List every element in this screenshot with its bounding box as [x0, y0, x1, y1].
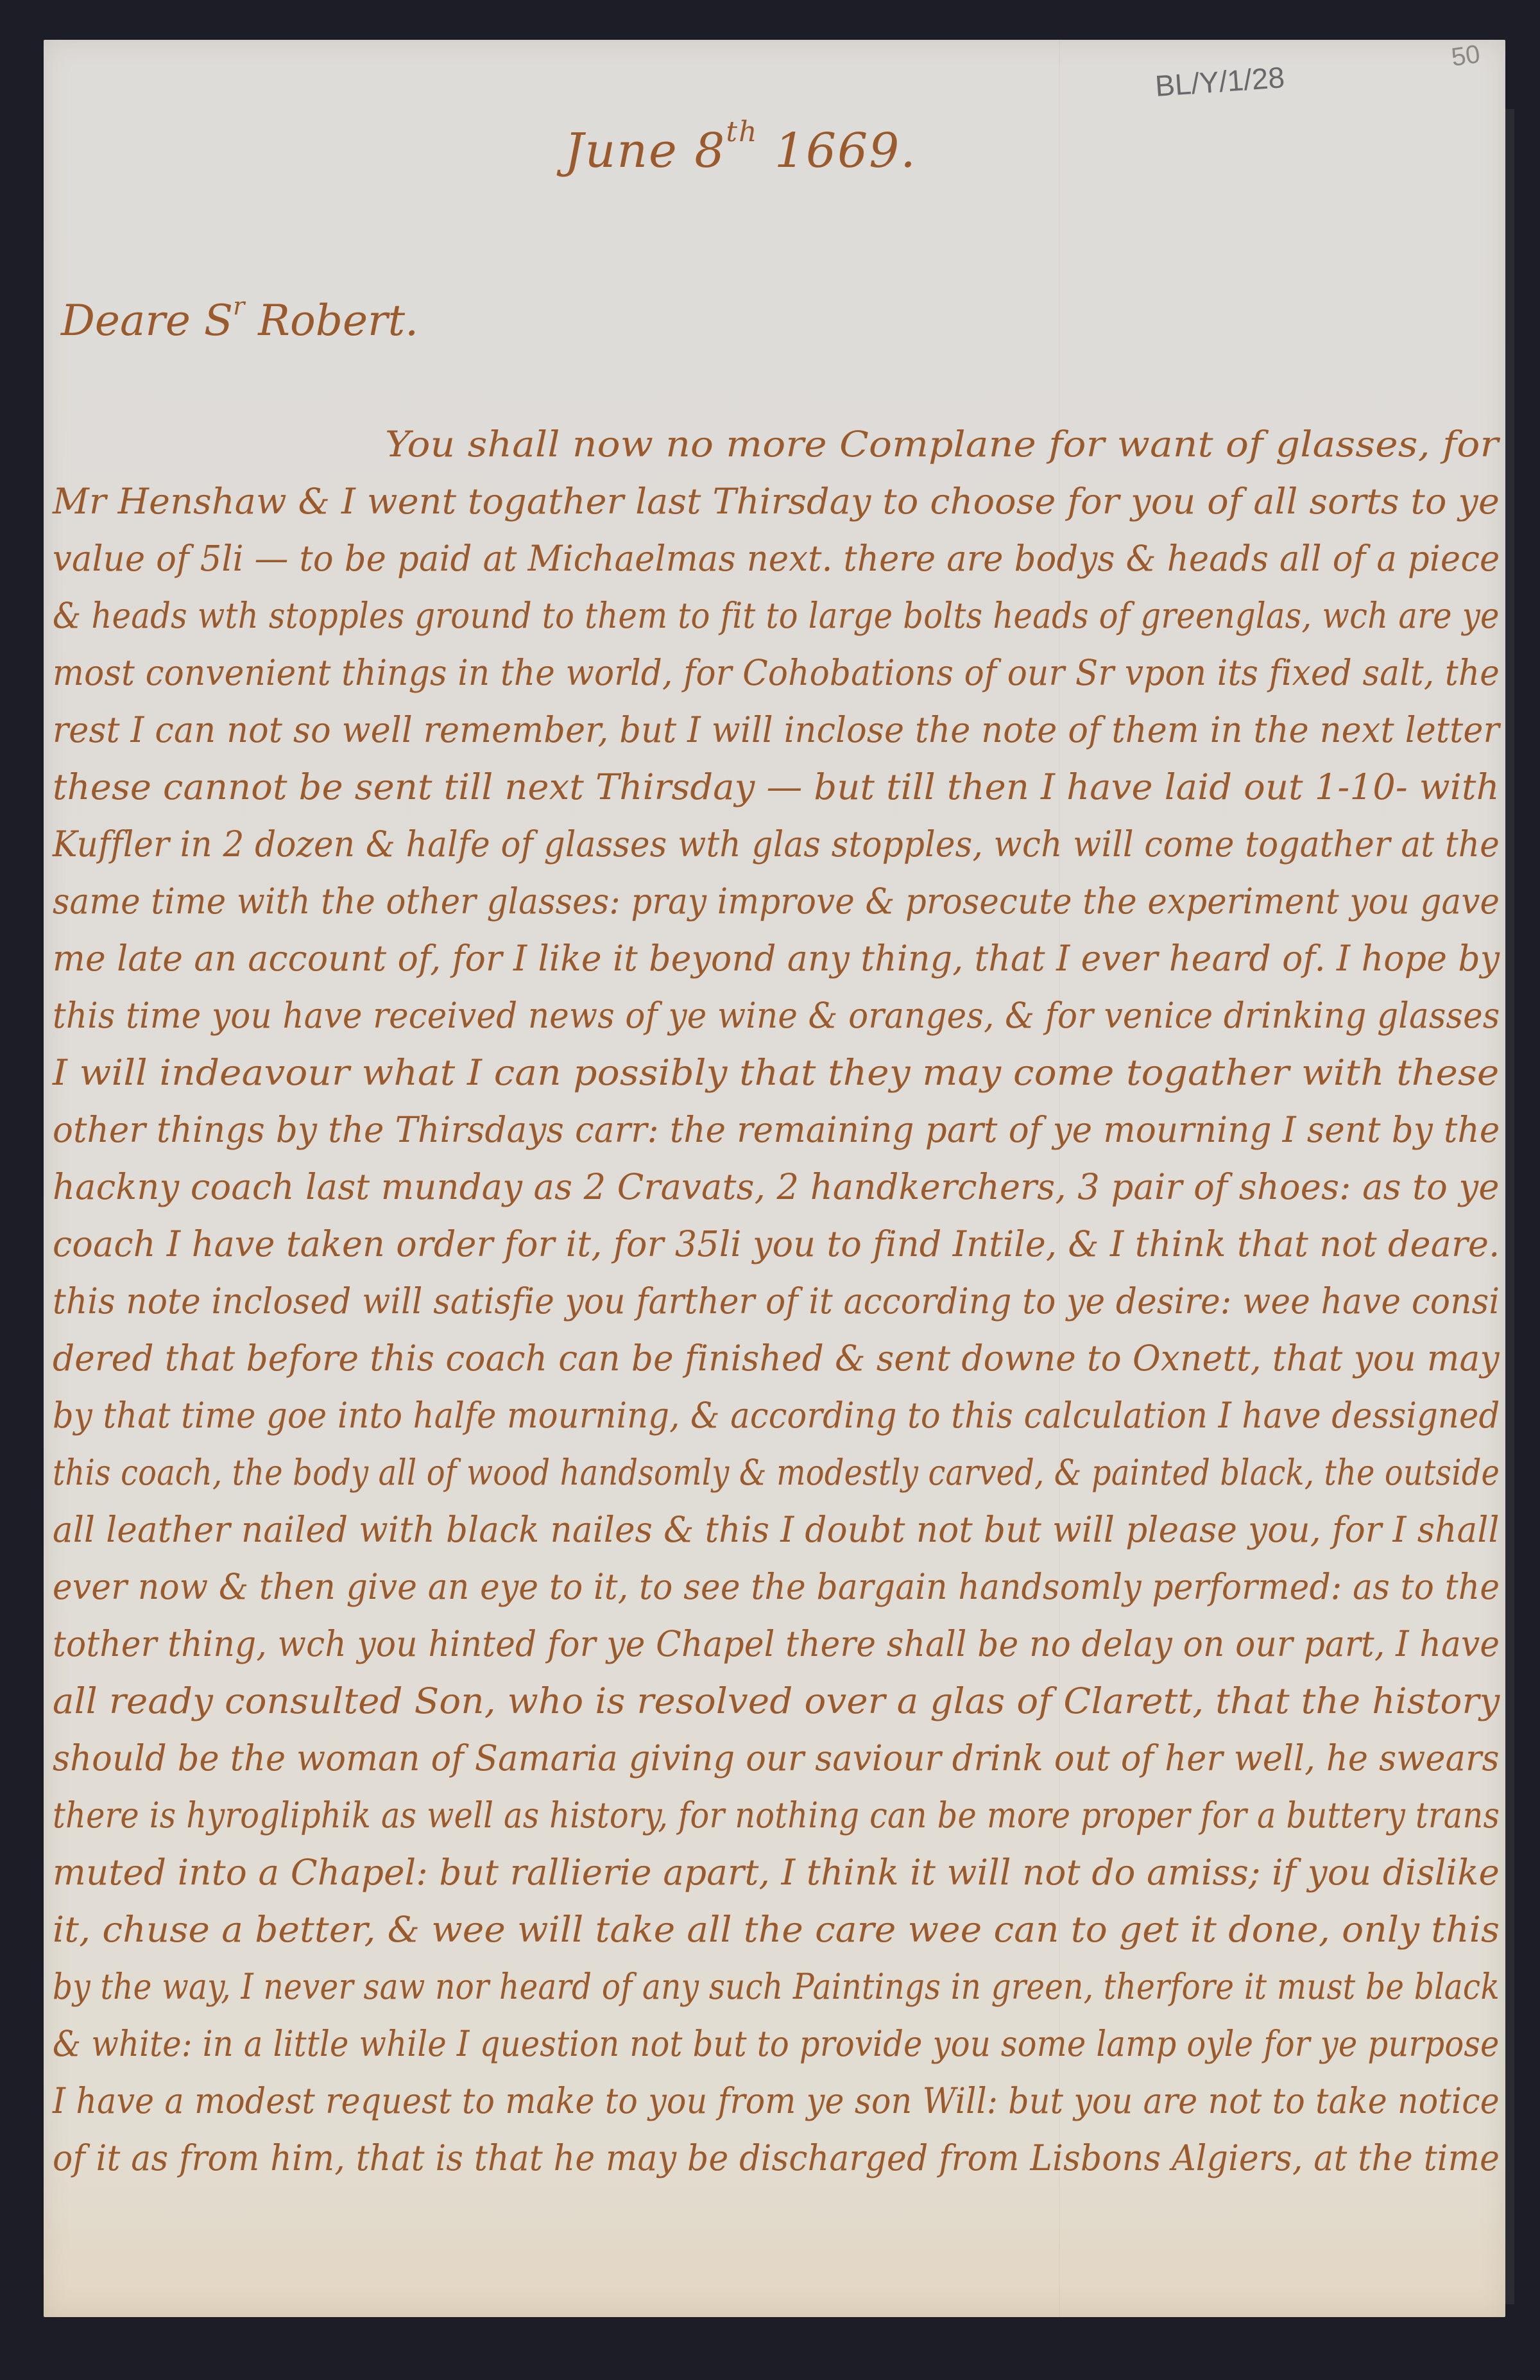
letter-line: this coach, the body all of wood handsom…: [53, 1453, 1500, 1492]
letter-line: hackny coach last munday as 2 Cravats, 2…: [53, 1168, 1500, 1206]
letter-line: most convenient things in the world, for…: [53, 653, 1500, 692]
letter-line: Kuffler in 2 dozen & halfe of glasses wt…: [53, 825, 1500, 863]
letter-line: this note inclosed will satisfie you far…: [53, 1282, 1500, 1320]
letter-line: & white: in a little while I question no…: [53, 2024, 1500, 2063]
letter-line: other things by the Thirsdays carr: the …: [53, 1110, 1500, 1149]
letter-line: by the way, I never saw nor heard of any…: [53, 1967, 1500, 2006]
letter-line: muted into a Chapel: but rallierie apart…: [53, 1853, 1500, 1892]
letter-line: these cannot be sent till next Thirsday …: [53, 768, 1500, 806]
letter-line: ever now & then give an eye to it, to se…: [53, 1567, 1500, 1606]
letter-line: You shall now no more Complane for want …: [385, 425, 1498, 463]
letter-line: dered that before this coach can be fini…: [53, 1339, 1500, 1377]
letter-line: all leather nailed with black nailes & t…: [53, 1510, 1500, 1549]
letter-line: should be the woman of Samaria giving ou…: [53, 1739, 1500, 1777]
letter-body: You shall now no more Complane for want …: [0, 0, 1540, 2380]
letter-line: it, chuse a better, & wee will take all …: [53, 1910, 1500, 1949]
letter-line: tother thing, wch you hinted for ye Chap…: [53, 1625, 1500, 1663]
letter-line: me late an account of, for I like it bey…: [53, 939, 1500, 978]
letter-line: value of 5li — to be paid at Michaelmas …: [53, 539, 1500, 578]
letter-line: coach I have taken order for it, for 35l…: [53, 1225, 1500, 1263]
letter-line: all ready consulted Son, who is resolved…: [53, 1682, 1500, 1720]
letter-line: Mr Henshaw & I went togather last Thirsd…: [53, 482, 1500, 521]
letter-line: by that time goe into halfe mourning, & …: [53, 1396, 1500, 1435]
letter-line: same time with the other glasses: pray i…: [53, 882, 1500, 920]
letter-line: there is hyrogliphik as well as history,…: [53, 1796, 1500, 1834]
letter-line: & heads wth stopples ground to them to f…: [53, 596, 1500, 635]
letter-line: I will indeavour what I can possibly tha…: [53, 1053, 1499, 1092]
letter-line: rest I can not so well remember, but I w…: [53, 711, 1500, 749]
letter-line: I have a modest request to make to you f…: [53, 2082, 1500, 2120]
letter-line: of it as from him, that is that he may b…: [53, 2139, 1500, 2177]
letter-line: this time you have received news of ye w…: [53, 996, 1500, 1035]
